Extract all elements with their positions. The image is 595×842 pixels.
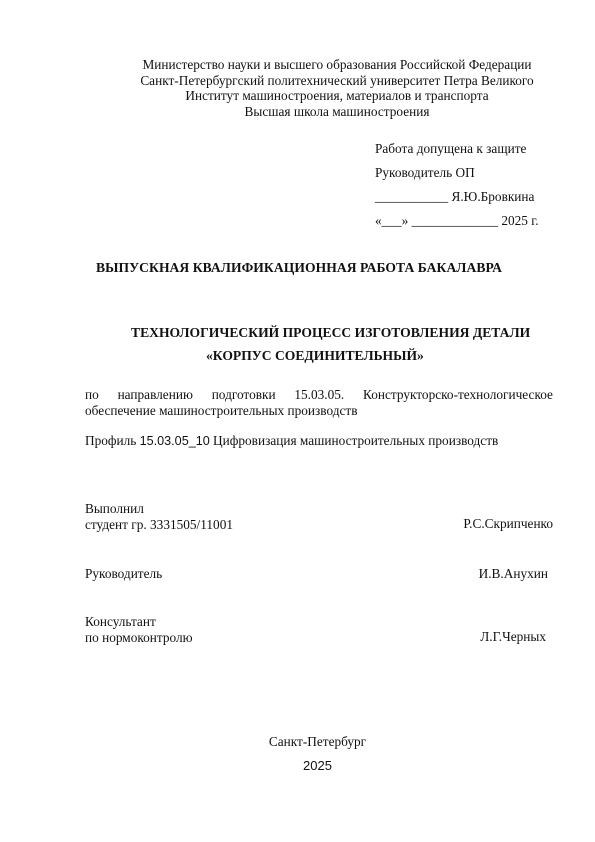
consultant-label-line-1: Консультант [85, 614, 193, 630]
institute-line: Институт машиностроения, материалов и тр… [100, 88, 574, 104]
approval-role: Руководитель ОП [375, 161, 539, 185]
school-line: Высшая школа машиностроения [100, 104, 574, 120]
direction-line-2: обеспечение машиностроительных производс… [85, 403, 553, 419]
performer-group: студент гр. 3331505/11001 [85, 517, 233, 533]
profile-line: Профиль 15.03.05_10 Цифровизация машинос… [85, 433, 498, 449]
approval-signature-line: ___________ Я.Ю.Бровкина [375, 185, 539, 209]
approval-date-line: «___» _____________ 2025 г. [375, 209, 539, 233]
direction-code: 15.03.05. [294, 387, 344, 403]
consultant-label-line-2: по нормоконтролю [85, 630, 193, 646]
university-line: Санкт-Петербургский политехнический унив… [100, 73, 574, 89]
year: 2025 [0, 758, 595, 773]
consultant-label: Консультант по нормоконтролю [85, 614, 193, 645]
performer-name: Р.С.Скрипченко [463, 516, 553, 532]
direction-word: Конструкторско-технологическое [363, 387, 553, 403]
profile-name: Цифровизация машиностроительных производ… [213, 433, 498, 448]
topic-title-line-1: ТЕХНОЛОГИЧЕСКИЙ ПРОЦЕСС ИЗГОТОВЛЕНИЯ ДЕТ… [131, 325, 530, 341]
institution-header: Министерство науки и высшего образования… [100, 57, 574, 119]
supervisor-label: Руководитель [85, 566, 162, 582]
ministry-line: Министерство науки и высшего образования… [100, 57, 574, 73]
consultant-name: Л.Г.Черных [480, 629, 546, 645]
direction-word: по [85, 387, 99, 403]
work-type-title: ВЫПУСКНАЯ КВАЛИФИКАЦИОННАЯ РАБОТА БАКАЛА… [96, 260, 502, 276]
profile-code: 15.03.05_10 [140, 434, 210, 448]
profile-label: Профиль [85, 433, 136, 448]
performer-label-line-1: Выполнил [85, 501, 233, 517]
direction-word: подготовки [212, 387, 276, 403]
city: Санкт-Петербург [0, 734, 595, 750]
approval-status: Работа допущена к защите [375, 137, 539, 161]
direction-paragraph: по направлению подготовки 15.03.05. Конс… [85, 387, 553, 418]
direction-word: направлению [118, 387, 193, 403]
supervisor-name: И.В.Анухин [479, 566, 548, 582]
approval-block: Работа допущена к защите Руководитель ОП… [375, 137, 539, 233]
direction-line-1: по направлению подготовки 15.03.05. Конс… [85, 387, 553, 403]
title-page: Министерство науки и высшего образования… [0, 0, 595, 842]
topic-title-line-2: «КОРПУС СОЕДИНИТЕЛЬНЫЙ» [206, 348, 424, 364]
performer-label: Выполнил студент гр. 3331505/11001 [85, 501, 233, 532]
